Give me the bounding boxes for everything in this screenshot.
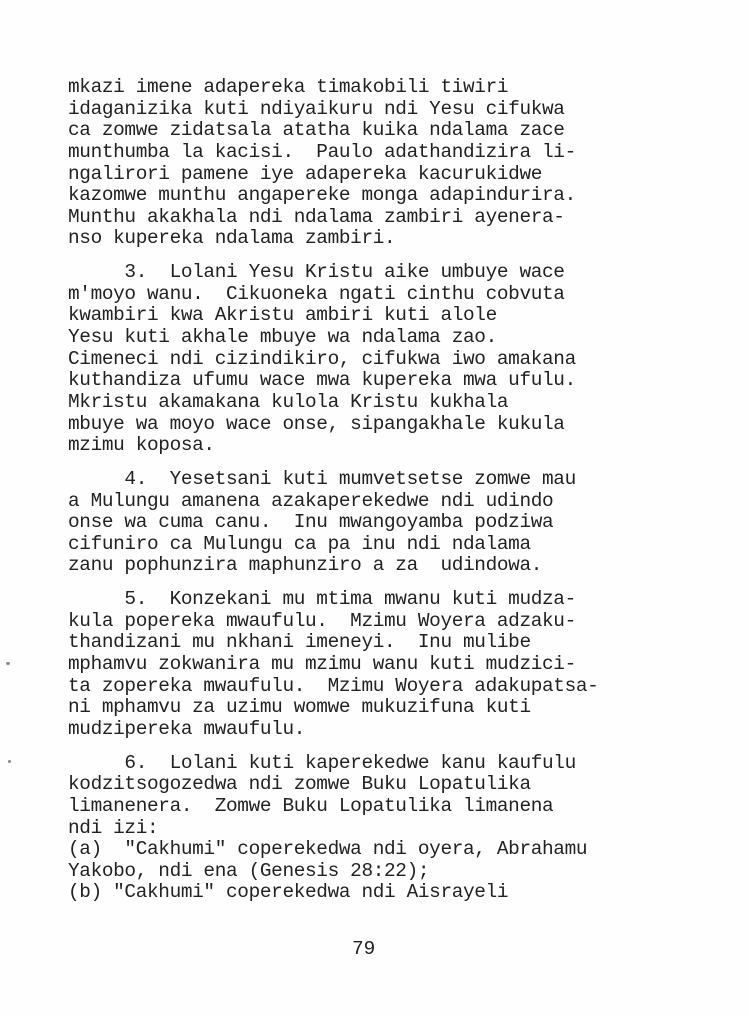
- text-line: (b) "Cakhumi" coperekedwa ndi Aisrayeli: [68, 882, 668, 904]
- text-line: ta zopereka mwaufulu. Mzimu Woyera adaku…: [68, 676, 668, 698]
- text-line: ndi izi:: [68, 818, 668, 840]
- text-line: ni mphamvu za uzimu womwe mukuzifuna kut…: [68, 697, 668, 719]
- text-line: 3. Lolani Yesu Kristu aike umbuye wace: [68, 262, 668, 284]
- text-line: kula popereka mwaufulu. Mzimu Woyera adz…: [68, 611, 668, 633]
- text-line: mbuye wa moyo wace onse, sipangakhale ku…: [68, 414, 668, 436]
- text-line: Yakobo, ndi ena (Genesis 28:22);: [68, 861, 668, 883]
- text-line: ngalirori pamene iye adapereka kacurukid…: [68, 164, 668, 186]
- text-line: mzimu koposa.: [68, 435, 668, 457]
- text-line: 6. Lolani kuti kaperekedwe kanu kaufulu: [68, 753, 668, 775]
- text-line: limanenera. Zomwe Buku Lopatulika limane…: [68, 796, 668, 818]
- text-line: kazomwe munthu angapereke monga adapindu…: [68, 185, 668, 207]
- text-line: Mkristu akamakana kulola Kristu kukhala: [68, 392, 668, 414]
- text-line: thandizani mu nkhani imeneyi. Inu mulibe: [68, 632, 668, 654]
- text-line: m'moyo wanu. Cikuoneka ngati cinthu cobv…: [68, 284, 668, 306]
- text-line: Yesu kuti akhale mbuye wa ndalama zao.: [68, 327, 668, 349]
- text-line: cifuniro ca Mulungu ca pa inu ndi ndalam…: [68, 534, 668, 556]
- text-line: kuthandiza ufumu wace mwa kupereka mwa u…: [68, 370, 668, 392]
- text-line: idaganizika kuti ndiyaikuru ndi Yesu cif…: [68, 99, 668, 121]
- text-line: onse wa cuma canu. Inu mwangoyamba podzi…: [68, 512, 668, 534]
- text-line: mkazi imene adapereka timakobili tiwiri: [68, 77, 668, 99]
- paragraph-continuation: mkazi imene adapereka timakobili tiwirii…: [68, 77, 668, 250]
- text-line: zanu pophunzira maphunziro a za udindowa…: [68, 555, 668, 577]
- text-line: a Mulungu amanena azakaperekedwe ndi udi…: [68, 491, 668, 513]
- scanned-page: mkazi imene adapereka timakobili tiwirii…: [0, 0, 749, 1016]
- paragraph-point-3: 3. Lolani Yesu Kristu aike umbuye wacem'…: [68, 262, 668, 457]
- text-line: (a) "Cakhumi" coperekedwa ndi oyera, Abr…: [68, 839, 668, 861]
- text-line: 5. Konzekani mu mtima mwanu kuti mudza-: [68, 589, 668, 611]
- text-line: kwambiri kwa Akristu ambiri kuti alole: [68, 305, 668, 327]
- text-line: nso kupereka ndalama zambiri.: [68, 228, 668, 250]
- text-line: munthumba la kacisi. Paulo adathandizira…: [68, 142, 668, 164]
- scan-speck: [6, 662, 10, 665]
- text-line: Cimeneci ndi cizindikiro, cifukwa iwo am…: [68, 349, 668, 371]
- text-line: 4. Yesetsani kuti mumvetsetse zomwe mau: [68, 469, 668, 491]
- paragraph-point-5: 5. Konzekani mu mtima mwanu kuti mudza-k…: [68, 589, 668, 740]
- text-line: mphamvu zokwanira mu mzimu wanu kuti mud…: [68, 654, 668, 676]
- paragraph-point-6: 6. Lolani kuti kaperekedwe kanu kaufuluk…: [68, 753, 668, 904]
- text-line: Munthu akakhala ndi ndalama zambiri ayen…: [68, 207, 668, 229]
- scan-speck: [8, 760, 11, 763]
- text-line: kodzitsogozedwa ndi zomwe Buku Lopatulik…: [68, 774, 668, 796]
- body-text: mkazi imene adapereka timakobili tiwirii…: [68, 77, 668, 904]
- paragraph-gap: [68, 741, 668, 753]
- text-line: mudzipereka mwaufulu.: [68, 719, 668, 741]
- paragraph-point-4: 4. Yesetsani kuti mumvetsetse zomwe maua…: [68, 469, 668, 577]
- page-number: 79: [352, 938, 375, 960]
- text-line: ca zomwe zidatsala atatha kuika ndalama …: [68, 120, 668, 142]
